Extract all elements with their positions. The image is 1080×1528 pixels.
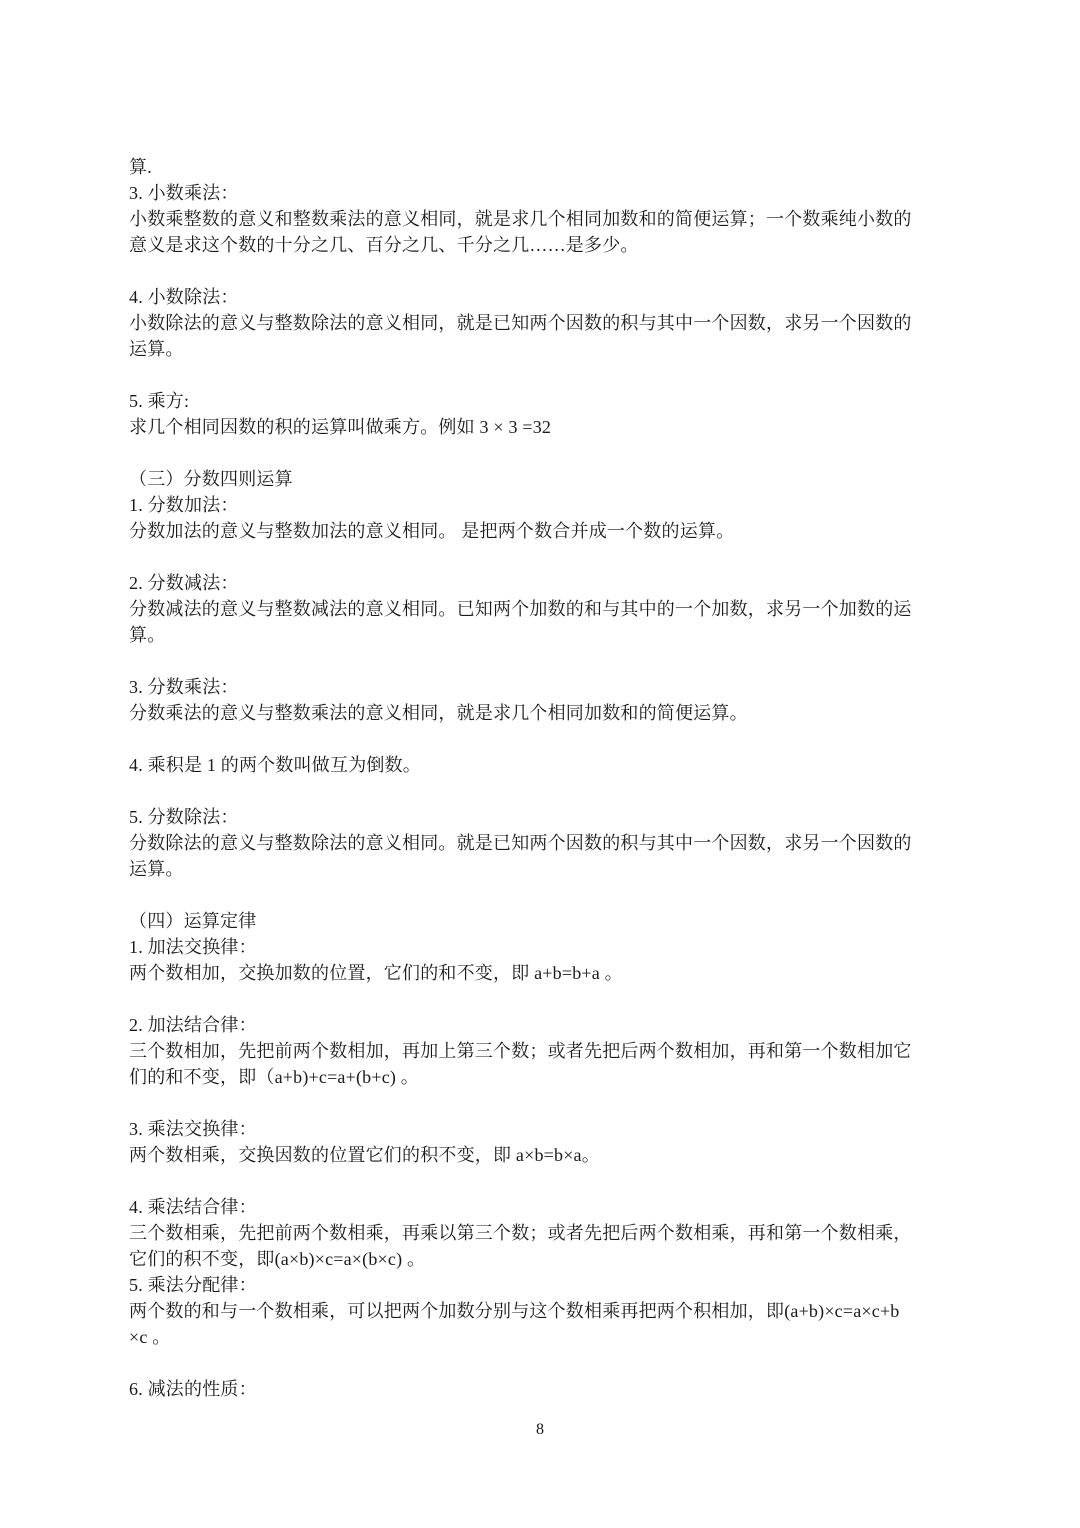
text-line: 分数乘法的意义与整数乘法的意义相同，就是求几个相同加数和的简便运算。 [129,700,959,726]
text-line: 运算。 [129,336,959,362]
subsection-heading: 3. 小数乘法： [129,180,959,206]
text-line: 算. [129,154,959,180]
spacer [129,648,959,674]
text-line: 分数减法的意义与整数减法的意义相同。已知两个加数的和与其中的一个加数，求另一个加… [129,596,959,622]
subsection-heading: 3. 分数乘法： [129,674,959,700]
text-line: 运算。 [129,856,959,882]
text-line: 意义是求这个数的十分之几、百分之几、千分之几……是多少。 [129,232,959,258]
text-line: 三个数相加，先把前两个数相加，再加上第三个数；或者先把后两个数相加，再和第一个数… [129,1038,959,1064]
subsection-heading: 3. 乘法交换律： [129,1116,959,1142]
text-line: 它们的积不变，即(a×b)×c=a×(b×c) 。 [129,1246,959,1272]
document-page: 算. 3. 小数乘法： 小数乘整数的意义和整数乘法的意义相同，就是求几个相同加数… [129,154,959,1402]
spacer [129,778,959,804]
spacer [129,1350,959,1376]
subsection-heading: 5. 乘方: [129,388,959,414]
spacer [129,986,959,1012]
subsection-heading: 5. 分数除法： [129,804,959,830]
text-line: 两个数的和与一个数相乘，可以把两个加数分别与这个数相乘再把两个积相加，即(a+b… [129,1298,959,1324]
spacer [129,726,959,752]
text-line: 算。 [129,622,959,648]
text-line: 小数除法的意义与整数除法的意义相同，就是已知两个因数的积与其中一个因数，求另一个… [129,310,959,336]
text-line: 两个数相乘，交换因数的位置它们的积不变，即 a×b=b×a。 [129,1142,959,1168]
spacer [129,1090,959,1116]
spacer [129,544,959,570]
section-heading: （三）分数四则运算 [129,466,959,492]
subsection-heading: 6. 减法的性质： [129,1376,959,1402]
text-line: 们的和不变，即（a+b)+c=a+(b+c) 。 [129,1064,959,1090]
text-line: 求几个相同因数的积的运算叫做乘方。例如 3 × 3 =32 [129,414,959,440]
subsection-heading: 2. 加法结合律： [129,1012,959,1038]
subsection-heading: 1. 加法交换律： [129,934,959,960]
spacer [129,362,959,388]
text-line: 小数乘整数的意义和整数乘法的意义相同，就是求几个相同加数和的简便运算；一个数乘纯… [129,206,959,232]
subsection-heading: 4. 乘法结合律： [129,1194,959,1220]
text-line: 两个数相加，交换加数的位置，它们的和不变，即 a+b=b+a 。 [129,960,959,986]
section-heading: （四）运算定律 [129,908,959,934]
text-line: 4. 乘积是 1 的两个数叫做互为倒数。 [129,752,959,778]
spacer [129,882,959,908]
text-line: ×c 。 [129,1324,959,1350]
spacer [129,258,959,284]
spacer [129,1168,959,1194]
page-number: 8 [0,1418,1080,1442]
text-line: 三个数相乘，先把前两个数相乘，再乘以第三个数；或者先把后两个数相乘，再和第一个数… [129,1220,959,1246]
subsection-heading: 2. 分数减法： [129,570,959,596]
text-line: 分数除法的意义与整数除法的意义相同。就是已知两个因数的积与其中一个因数，求另一个… [129,830,959,856]
spacer [129,440,959,466]
subsection-heading: 4. 小数除法： [129,284,959,310]
text-line: 分数加法的意义与整数加法的意义相同。 是把两个数合并成一个数的运算。 [129,518,959,544]
subsection-heading: 1. 分数加法： [129,492,959,518]
subsection-heading: 5. 乘法分配律： [129,1272,959,1298]
